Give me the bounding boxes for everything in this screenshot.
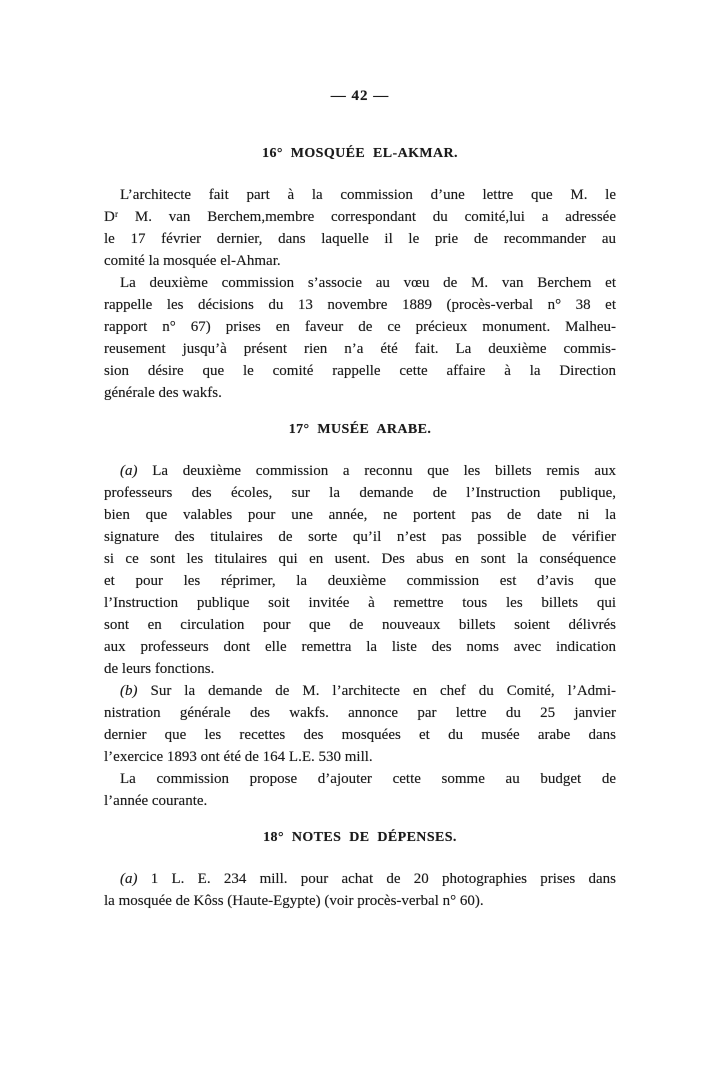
text-line: La deuxième commission s’associe au vœu …: [104, 272, 616, 294]
item-label: (b): [120, 683, 138, 699]
text-line: l’Instruction publique soit invitée à re…: [104, 592, 616, 614]
paragraph: (b) Sur la demande de M. l’architecte en…: [104, 680, 616, 768]
text-line: si ce sont les titulaires qui en usent. …: [104, 548, 616, 570]
section-heading: 17° MUSÉE ARABE.: [104, 404, 616, 460]
text-line: L’architecte fait part à la commission d…: [104, 184, 616, 206]
text-line: (a) La deuxième commission a reconnu que…: [104, 460, 616, 482]
document-section: 18° NOTES DE DÉPENSES. (a) 1 L. E. 234 m…: [104, 812, 616, 912]
document-section: 16° MOSQUÉE EL-AKMAR. L’architecte fait …: [104, 128, 616, 404]
section-heading: 18° NOTES DE DÉPENSES.: [104, 812, 616, 868]
text-line: rapport n° 67) prises en faveur de ce pr…: [104, 316, 616, 338]
text-block: — 42 — 16° MOSQUÉE EL-AKMAR. L’architect…: [104, 0, 616, 912]
text-line: bien que valables pour une année, ne por…: [104, 504, 616, 526]
text-line: dernier que les recettes des mosquées et…: [104, 724, 616, 746]
item-label: (a): [120, 463, 138, 479]
text-line: sion désire que le comité rappelle cette…: [104, 360, 616, 382]
text-line: de leurs fonctions.: [104, 658, 616, 680]
text-line: La commission propose d’ajouter cette so…: [104, 768, 616, 790]
text-line: comité la mosquée el-Ahmar.: [104, 250, 616, 272]
document-body: 16° MOSQUÉE EL-AKMAR. L’architecte fait …: [104, 128, 616, 912]
text-line: sont en circulation pour que de nouveaux…: [104, 614, 616, 636]
text-line: reusement jusqu’à présent rien n’a été f…: [104, 338, 616, 360]
text-line: générale des wakfs.: [104, 382, 616, 404]
section-paragraphs: (a) 1 L. E. 234 mill. pour achat de 20 p…: [104, 868, 616, 912]
text-line: (b) Sur la demande de M. l’architecte en…: [104, 680, 616, 702]
text-line: l’année courante.: [104, 790, 616, 812]
text-line: le 17 février dernier, dans laquelle il …: [104, 228, 616, 250]
item-label: (a): [120, 871, 138, 887]
paragraph: L’architecte fait part à la commission d…: [104, 184, 616, 272]
paragraph: (a) La deuxième commission a reconnu que…: [104, 460, 616, 680]
text-line: aux professeurs dont elle remettra la li…: [104, 636, 616, 658]
text-line: (a) 1 L. E. 234 mill. pour achat de 20 p…: [104, 868, 616, 890]
section-paragraphs: (a) La deuxième commission a reconnu que…: [104, 460, 616, 812]
text-line: rappelle les décisions du 13 novembre 18…: [104, 294, 616, 316]
text-line: signature des titulaires de sorte qu’il …: [104, 526, 616, 548]
document-page: — 42 — 16° MOSQUÉE EL-AKMAR. L’architect…: [0, 0, 720, 1082]
paragraph: (a) 1 L. E. 234 mill. pour achat de 20 p…: [104, 868, 616, 912]
section-heading: 16° MOSQUÉE EL-AKMAR.: [104, 128, 616, 184]
text-line: Dʳ M. van Berchem,membre correspondant d…: [104, 206, 616, 228]
document-section: 17° MUSÉE ARABE. (a) La deuxième commiss…: [104, 404, 616, 812]
paragraph: La deuxième commission s’associe au vœu …: [104, 272, 616, 404]
paragraph: La commission propose d’ajouter cette so…: [104, 768, 616, 812]
text-line: la mosquée de Kôss (Haute-Egypte) (voir …: [104, 890, 616, 912]
text-line: l’exercice 1893 ont été de 164 L.E. 530 …: [104, 746, 616, 768]
text-line: et pour les réprimer, la deuxième commis…: [104, 570, 616, 592]
text-line: professeurs des écoles, sur la demande d…: [104, 482, 616, 504]
text-line: nistration générale des wakfs. annonce p…: [104, 702, 616, 724]
page-number: — 42 —: [104, 86, 616, 128]
section-paragraphs: L’architecte fait part à la commission d…: [104, 184, 616, 404]
